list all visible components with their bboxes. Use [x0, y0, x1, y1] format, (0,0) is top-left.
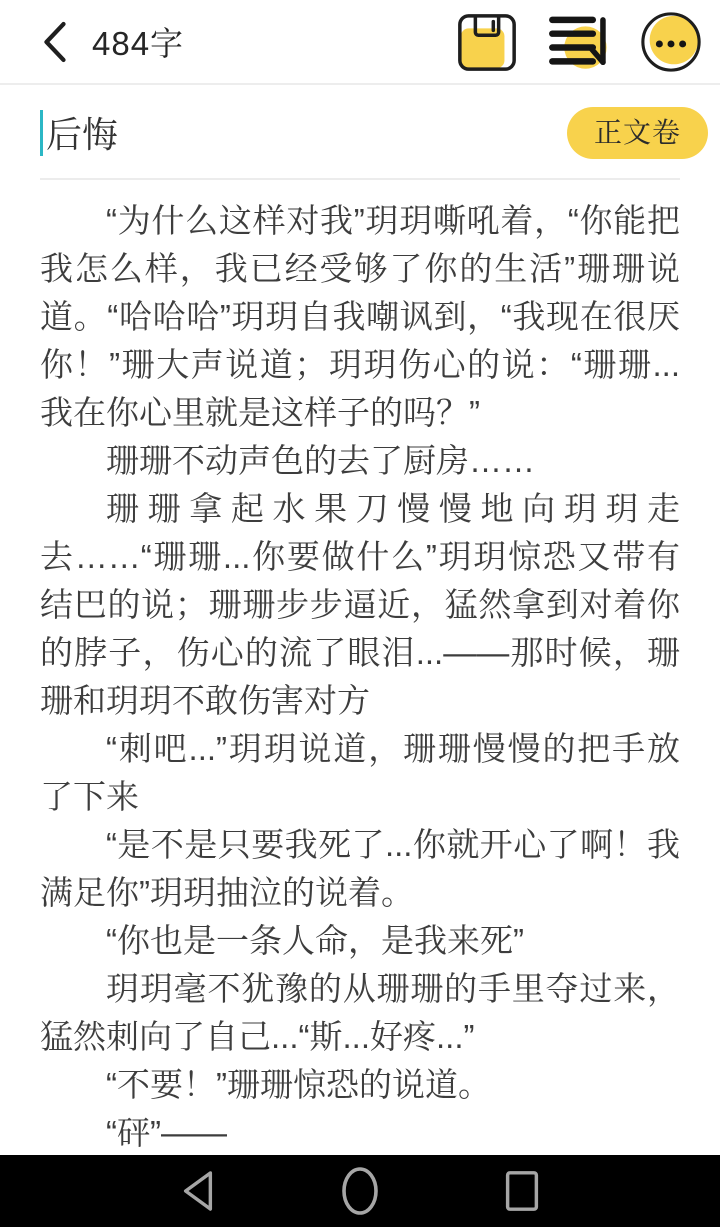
- word-count-label: 484字: [92, 18, 184, 65]
- save-floppy-icon: [455, 10, 519, 74]
- paragraph[interactable]: “为什么这样对我”玥玥嘶吼着，“你能把我怎么样，我已经受够了你的生活”珊珊说道。…: [40, 197, 680, 437]
- nav-home-button[interactable]: [340, 1166, 380, 1216]
- paragraph[interactable]: “是不是只要我死了...你就开心了啊！我满足你”玥玥抽泣的说着。: [40, 821, 680, 917]
- nav-home-circle-icon: [340, 1165, 380, 1217]
- chapter-body[interactable]: “为什么这样对我”玥玥嘶吼着，“你能把我怎么样，我已经受够了你的生活”珊珊说道。…: [0, 180, 720, 1155]
- nav-recents-button[interactable]: [502, 1166, 542, 1216]
- chapter-title-input[interactable]: 后悔: [46, 107, 567, 158]
- app-bar-actions: [452, 6, 706, 78]
- paragraph[interactable]: “砰”——: [40, 1109, 680, 1155]
- back-chevron-icon: [38, 18, 72, 66]
- volume-badge[interactable]: 正文卷: [567, 107, 708, 159]
- paragraph[interactable]: 珊珊拿起水果刀慢慢地向玥玥走去……“珊珊...你要做什么”玥玥惊恐又带有结巴的说…: [40, 485, 680, 725]
- sort-list-icon: [544, 7, 614, 77]
- save-button[interactable]: [452, 6, 522, 78]
- nav-back-triangle-icon: [179, 1168, 217, 1214]
- chapter-title-row: 后悔 正文卷: [0, 85, 720, 180]
- paragraph[interactable]: 玥玥毫不犹豫的从珊珊的手里夺过来，猛然刺向了自己...“斯...好疼...”: [40, 965, 680, 1061]
- nav-recents-square-icon: [503, 1168, 541, 1214]
- back-button[interactable]: [38, 17, 78, 67]
- app-bar: 484字: [0, 0, 720, 85]
- paragraph[interactable]: “你也是一条人命，是我来死”: [40, 917, 680, 965]
- paragraph[interactable]: “刺吧...”玥玥说道，珊珊慢慢的把手放了下来: [40, 725, 680, 821]
- sort-chapters-button[interactable]: [544, 6, 614, 78]
- android-nav-bar: [0, 1155, 720, 1227]
- text-cursor: [40, 110, 43, 156]
- editor-screen: 484字: [0, 0, 720, 1227]
- more-options-button[interactable]: [636, 6, 706, 78]
- more-ellipsis-icon: [639, 10, 703, 74]
- paragraph[interactable]: “不要！”珊珊惊恐的说道。: [40, 1061, 680, 1109]
- nav-back-button[interactable]: [178, 1166, 218, 1216]
- paragraph[interactable]: 珊珊不动声色的去了厨房……: [40, 437, 680, 485]
